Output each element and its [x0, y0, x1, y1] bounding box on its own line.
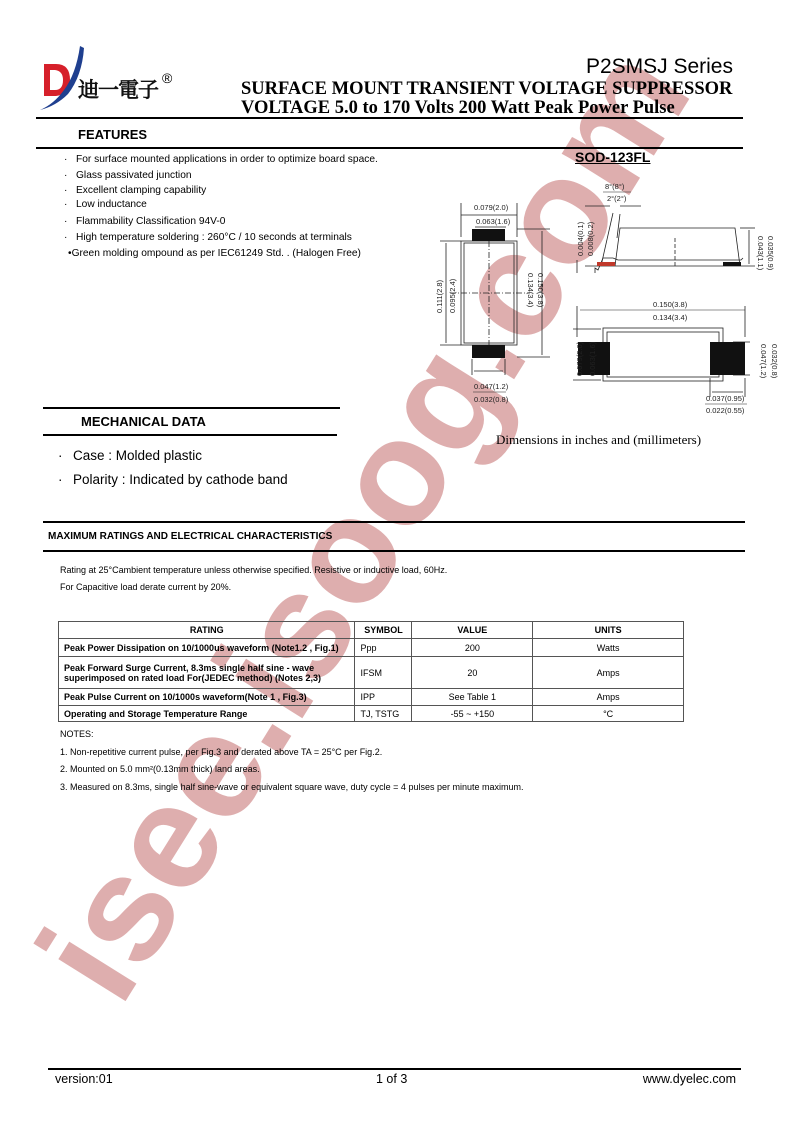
svg-text:0.063(1.6): 0.063(1.6)	[476, 217, 511, 226]
svg-text:0.134(3.4): 0.134(3.4)	[653, 313, 688, 322]
product-title: SURFACE MOUNT TRANSIENT VOLTAGE SUPPRESS…	[241, 79, 732, 100]
feature-item: ·Flammability Classification 94V-0	[64, 214, 378, 230]
svg-text:0.032(0.8): 0.032(0.8)	[770, 344, 779, 379]
table-row: Peak Forward Surge Current, 8.3ms single…	[59, 657, 684, 689]
svg-text:8°(8°): 8°(8°)	[605, 182, 625, 191]
dimensions-note: Dimensions in inches and (millimeters)	[496, 432, 701, 448]
ratings-condition-1: Rating at 25°Cambient temperature unless…	[60, 562, 447, 579]
ratings-condition-2: For Capacitive load derate current by 20…	[60, 579, 447, 596]
rating-cell: Peak Pulse Current on 10/1000s waveform(…	[59, 689, 355, 706]
value-cell: 20	[412, 657, 533, 689]
column-header-units: UNITS	[533, 622, 684, 639]
units-cell: Amps	[533, 689, 684, 706]
registered-mark: ®	[162, 70, 172, 86]
svg-text:2°(2°): 2°(2°)	[607, 194, 627, 203]
svg-text:0.043(1.1): 0.043(1.1)	[756, 236, 765, 271]
units-cell: °C	[533, 706, 684, 722]
value-cell: -55 ~ +150	[412, 706, 533, 722]
mechanical-item: ·Case : Molded plastic	[58, 444, 288, 468]
notes-heading: NOTES:	[60, 726, 523, 744]
symbol-cell: TJ, TSTG	[355, 706, 412, 722]
package-name: SOD-123FL	[575, 149, 650, 165]
footer-version: version:01	[55, 1072, 113, 1086]
feature-item: ·Glass passivated junction	[64, 168, 378, 184]
footer-rule	[48, 1068, 741, 1070]
ratings-conditions: Rating at 25°Cambient temperature unless…	[60, 562, 447, 596]
series-title: P2SMSJ Series	[586, 55, 733, 79]
header-rule	[36, 117, 743, 119]
table-row: Peak Pulse Current on 10/1000s waveform(…	[59, 689, 684, 706]
svg-text:0.032(0.8): 0.032(0.8)	[474, 395, 509, 404]
footer-page-number: 1 of 3	[376, 1072, 407, 1086]
symbol-cell: IFSM	[355, 657, 412, 689]
value-cell: See Table 1	[412, 689, 533, 706]
svg-text:0.150(3.8): 0.150(3.8)	[536, 273, 545, 308]
ratings-heading: MAXIMUM RATINGS AND ELECTRICAL CHARACTER…	[48, 531, 332, 542]
svg-text:0.063(1.6): 0.063(1.6)	[588, 341, 597, 376]
notes-section: NOTES: 1. Non-repetitive current pulse, …	[60, 726, 523, 796]
rating-cell: Peak Forward Surge Current, 8.3ms single…	[59, 657, 355, 689]
svg-text:0.150(3.8): 0.150(3.8)	[653, 300, 688, 309]
mechanical-item: ·Polarity : Indicated by cathode band	[58, 468, 288, 492]
feature-item: ·High temperature soldering : 260°C / 10…	[64, 230, 378, 246]
features-list: ·For surface mounted applications in ord…	[64, 152, 378, 261]
feature-item: •Green molding ompound as per IEC61249 S…	[68, 246, 378, 262]
svg-text:0.134(3.4): 0.134(3.4)	[526, 273, 535, 308]
units-cell: Amps	[533, 657, 684, 689]
svg-text:0.004(0.1): 0.004(0.1)	[576, 221, 585, 256]
logo-chinese-text: 迪一電子	[78, 74, 158, 104]
company-logo: 迪一電子 ®	[36, 44, 186, 114]
note-item: 1. Non-repetitive current pulse, per Fig…	[60, 744, 523, 762]
svg-text:0.047(1.2): 0.047(1.2)	[474, 382, 509, 391]
ratings-table: RATING SYMBOL VALUE UNITS Peak Power Dis…	[58, 621, 684, 722]
column-header-value: VALUE	[412, 622, 533, 639]
ratings-bottom-rule	[43, 550, 745, 552]
package-top-view-diagram: 0.079(2.0) 0.063(1.6) 0.111(2.8) 0.095(2…	[420, 195, 570, 410]
svg-text:0.047(1.2): 0.047(1.2)	[759, 344, 768, 379]
units-cell: Watts	[533, 639, 684, 657]
ratings-top-rule	[43, 521, 745, 523]
symbol-cell: Ppp	[355, 639, 412, 657]
rating-cell: Operating and Storage Temperature Range	[59, 706, 355, 722]
svg-text:0.037(0.95): 0.037(0.95)	[706, 394, 745, 403]
svg-text:0.079(2.0): 0.079(2.0)	[575, 341, 584, 376]
svg-text:0.079(2.0): 0.079(2.0)	[474, 203, 509, 212]
feature-item: ·Low inductance	[64, 197, 378, 213]
package-bottom-view-diagram: 0.150(3.8) 0.134(3.4) 0.079(2.0) 0.063(1…	[565, 292, 780, 417]
symbol-cell: IPP	[355, 689, 412, 706]
mechanical-bottom-rule	[43, 434, 337, 436]
features-heading: FEATURES	[78, 127, 147, 142]
svg-text:0.035(0.9): 0.035(0.9)	[766, 236, 775, 271]
value-cell: 200	[412, 639, 533, 657]
rating-cell: Peak Power Dissipation on 10/1000us wave…	[59, 639, 355, 657]
table-row: Operating and Storage Temperature Range …	[59, 706, 684, 722]
svg-text:0.095(2.4): 0.095(2.4)	[448, 278, 457, 313]
svg-text:0.008(0.2): 0.008(0.2)	[586, 221, 595, 256]
mechanical-list: ·Case : Molded plastic ·Polarity : Indic…	[58, 444, 288, 491]
table-header-row: RATING SYMBOL VALUE UNITS	[59, 622, 684, 639]
column-header-rating: RATING	[59, 622, 355, 639]
column-header-symbol: SYMBOL	[355, 622, 412, 639]
svg-text:0.111(2.8): 0.111(2.8)	[435, 279, 444, 313]
note-item: 2. Mounted on 5.0 mm²(0.13mm thick) land…	[60, 761, 523, 779]
mechanical-heading: MECHANICAL DATA	[81, 414, 206, 429]
footer-website-link[interactable]: www.dyelec.com	[643, 1072, 736, 1086]
product-subtitle: VOLTAGE 5.0 to 170 Volts 200 Watt Peak P…	[241, 98, 675, 119]
mechanical-top-rule	[43, 407, 340, 409]
note-item: 3. Measured on 8.3ms, single half sine-w…	[60, 779, 523, 797]
feature-item: ·For surface mounted applications in ord…	[64, 152, 378, 168]
table-row: Peak Power Dissipation on 10/1000us wave…	[59, 639, 684, 657]
svg-text:0.022(0.55): 0.022(0.55)	[706, 406, 745, 415]
package-side-view-diagram: 8°(8°) 2°(2°) 0.004(0.1) 0.008(0.2) 0.04…	[565, 178, 780, 273]
